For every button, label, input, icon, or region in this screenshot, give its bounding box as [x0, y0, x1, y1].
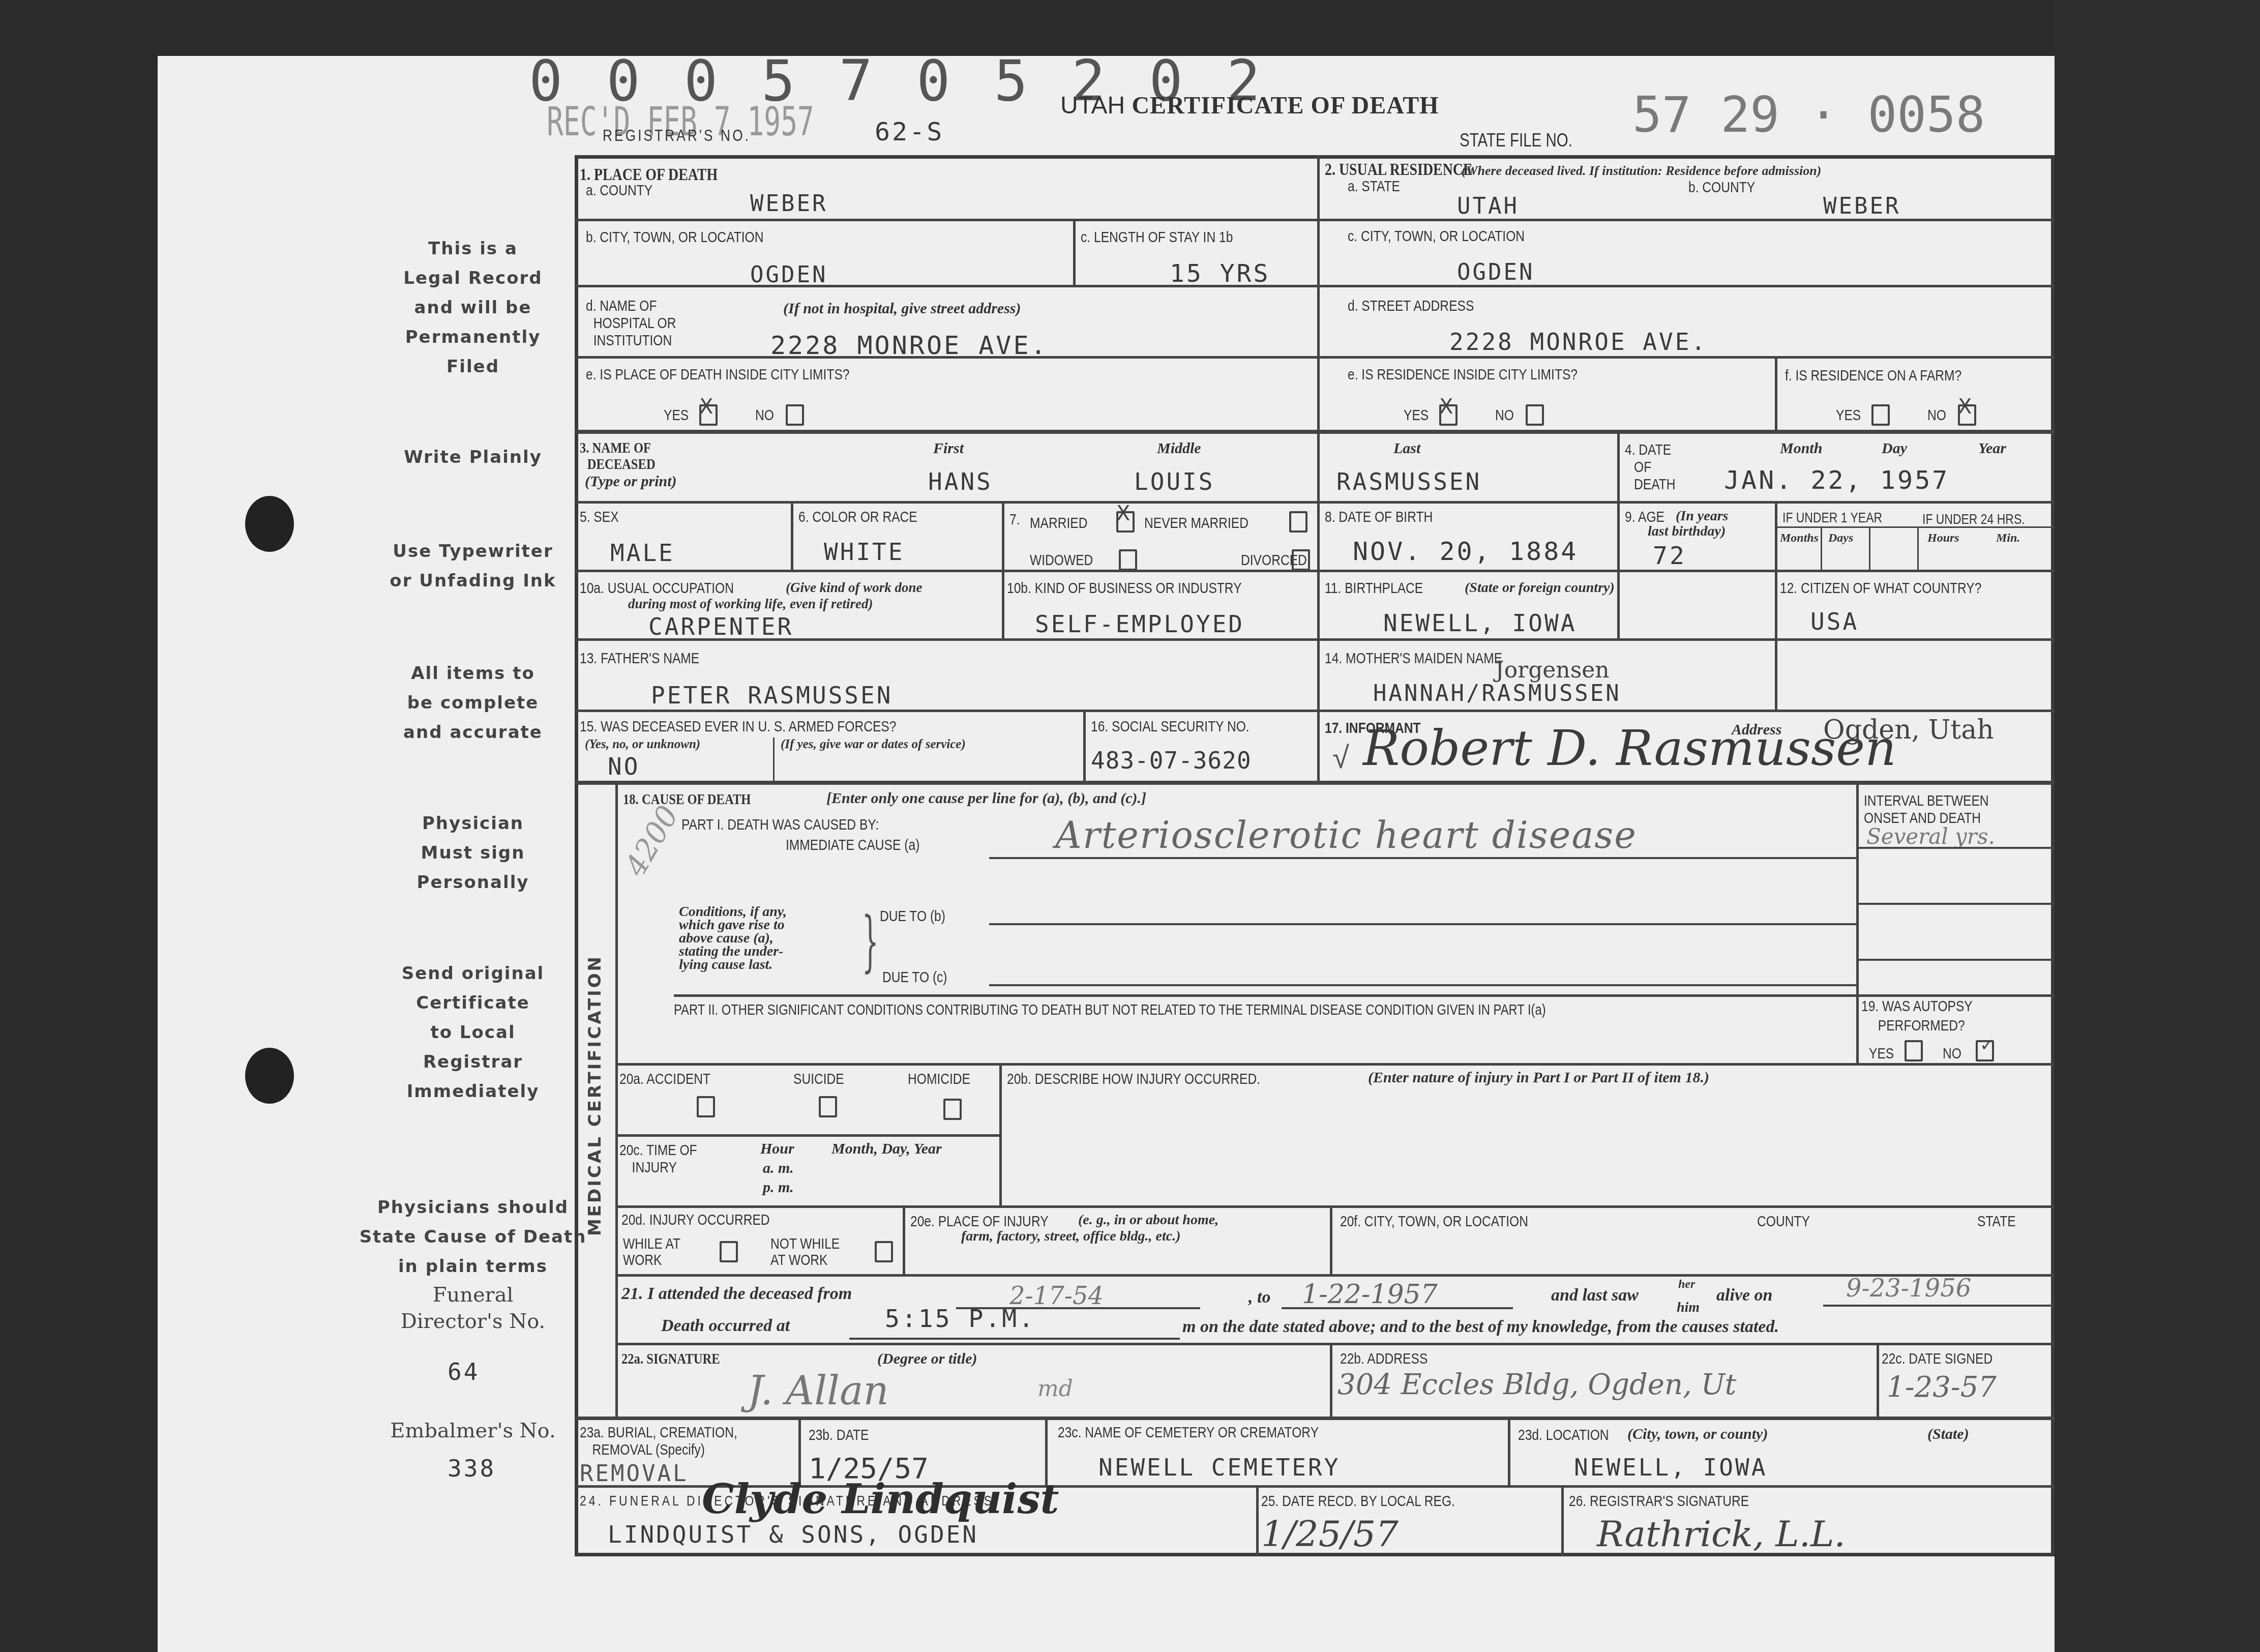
- institution-value[interactable]: 2228 MONROE AVE.: [770, 331, 1048, 360]
- race-label: 6. COLOR OR RACE: [798, 509, 917, 526]
- res-inside-city-no-checkbox[interactable]: [1526, 404, 1544, 426]
- cause-of-death-label: 18. CAUSE OF DEATH: [623, 791, 751, 808]
- farm-label: f. IS RESIDENCE ON A FARM?: [1785, 367, 1961, 385]
- institution-hint: (If not in hospital, give street address…: [783, 300, 1021, 317]
- him-label: him: [1677, 1300, 1700, 1316]
- cemetery-label: 23c. NAME OF CEMETERY OR CREMATORY: [1058, 1424, 1319, 1441]
- pod-inside-city-no-checkbox[interactable]: [786, 404, 804, 426]
- autopsy-yes-label: YES: [1869, 1045, 1894, 1063]
- under-1-year-label: IF UNDER 1 YEAR: [1782, 510, 1882, 526]
- occupation-hint-2: during most of working life, even if ret…: [628, 596, 873, 612]
- note-legal-record: This is aLegal Recordand will bePermanen…: [356, 234, 590, 381]
- pod-city-value[interactable]: OGDEN: [750, 262, 827, 288]
- death-time-suffix: m on the date stated above; and to the b…: [1182, 1317, 1779, 1337]
- note-write-plainly: Write Plainly: [356, 442, 590, 472]
- note-complete: All items tobe completeand accurate: [356, 659, 590, 747]
- location-state-hint: (State): [1927, 1426, 1969, 1443]
- note-physician-sign: PhysicianMust signPersonally: [356, 809, 590, 897]
- age-hint: (In yearslast birthday): [1676, 509, 1728, 539]
- res-inside-city-label: e. IS RESIDENCE INSIDE CITY LIMITS?: [1348, 366, 1578, 383]
- registrar-no: 62-S: [875, 117, 944, 146]
- business-value[interactable]: SELF-EMPLOYED: [1035, 610, 1244, 638]
- cemetery-value[interactable]: NEWELL CEMETERY: [1098, 1454, 1340, 1481]
- pod-city-label: b. CITY, TOWN, OR LOCATION: [586, 229, 763, 246]
- days-label: Days: [1828, 532, 1853, 545]
- last-label: Last: [1393, 440, 1420, 457]
- injury-county-label: COUNTY: [1757, 1213, 1810, 1230]
- describe-injury-hint: (Enter nature of injury in Part I or Par…: [1368, 1069, 1709, 1086]
- informant-address-value[interactable]: Ogden, Utah: [1823, 715, 1994, 745]
- armed-forces-value[interactable]: NO: [608, 753, 640, 780]
- registrar-signature-label: 26. REGISTRAR'S SIGNATURE: [1569, 1493, 1749, 1510]
- funeral-director-no-label: FuneralDirector's No.: [356, 1282, 590, 1335]
- occupation-label: 10a. USUAL OCCUPATION: [580, 580, 734, 597]
- informant-signature[interactable]: Robert D. Rasmussen: [1363, 720, 1896, 777]
- part1-label: PART I. DEATH WAS CAUSED BY:: [681, 816, 879, 834]
- signature-label: 22a. SIGNATURE: [621, 1350, 720, 1368]
- autopsy-no-label: NO: [1943, 1045, 1961, 1063]
- accident-checkbox[interactable]: [697, 1096, 715, 1117]
- pod-inside-city-label: e. IS PLACE OF DEATH INSIDE CITY LIMITS?: [586, 366, 850, 383]
- sex-label: 5. SEX: [580, 509, 619, 526]
- mother-correction: Jorgensen: [1495, 657, 1610, 683]
- date-of-death-value[interactable]: JAN. 22, 1957: [1724, 465, 1949, 495]
- informant-address-label: Address: [1732, 721, 1781, 739]
- place-of-injury-hint-1: (e. g., in or about home,: [1078, 1212, 1218, 1228]
- funeral-director-no: 64: [448, 1358, 480, 1385]
- describe-injury-label: 20b. DESCRIBE HOW INJURY OCCURRED.: [1007, 1071, 1260, 1088]
- date-recd-label: 25. DATE RECD. BY LOCAL REG.: [1261, 1493, 1455, 1510]
- embalmer-no: 338: [448, 1455, 496, 1482]
- interval-value[interactable]: Several yrs.: [1866, 824, 1995, 849]
- first-name-value[interactable]: HANS: [928, 468, 993, 495]
- to-label: , to: [1248, 1288, 1270, 1307]
- res-county-value[interactable]: WEBER: [1823, 193, 1900, 219]
- last-saw-value[interactable]: 9-23-1956: [1846, 1274, 1971, 1303]
- last-name-value[interactable]: RASMUSSEN: [1336, 468, 1481, 495]
- pod-yes-label: YES: [664, 407, 689, 424]
- note-cause-plain: Physicians shouldState Cause of Deathin …: [346, 1193, 600, 1281]
- registrar-signature[interactable]: Rathrick, L.L.: [1597, 1513, 1846, 1555]
- place-of-injury-hint-2: farm, factory, street, office bldg., etc…: [961, 1228, 1181, 1245]
- min-label: Min.: [1996, 532, 2020, 545]
- res-street-value[interactable]: 2228 MONROE AVE.: [1449, 328, 1707, 356]
- registrar-no-label: REGISTRAR'S NO.: [603, 126, 751, 145]
- mdy-label: Month, Day, Year: [831, 1140, 942, 1158]
- place-of-injury-label: 20e. PLACE OF INJURY: [910, 1213, 1049, 1230]
- father-value[interactable]: PETER RASMUSSEN: [651, 682, 893, 709]
- state-file-no: 57 29 · 0058: [1632, 86, 1985, 143]
- stay-length-label: c. LENGTH OF STAY IN 1b: [1081, 229, 1233, 246]
- date-of-death-label: 4. DATEOFDEATH: [1625, 441, 1676, 493]
- pod-county-value[interactable]: WEBER: [750, 191, 827, 217]
- date-signed-value[interactable]: 1-23-57: [1887, 1371, 1997, 1404]
- farm-yes-label: YES: [1836, 407, 1861, 424]
- armed-forces-hint-2: (If yes, give war or dates of service): [781, 737, 966, 752]
- immediate-cause-label: IMMEDIATE CAUSE (a): [786, 837, 919, 854]
- autopsy-label: 19. WAS AUTOPSYPERFORMED?: [1861, 997, 1973, 1036]
- pod-inside-city-yes-checkbox[interactable]: X: [699, 404, 718, 426]
- usual-residence-heading: 2. USUAL RESIDENCE (Where deceased lived…: [1325, 160, 1821, 180]
- married-label: MARRIED: [1030, 515, 1087, 532]
- physician-address-value[interactable]: 304 Eccles Bldg, Ogden, Ut: [1337, 1368, 1736, 1401]
- funeral-director-value[interactable]: LINDQUIST & SONS, OGDEN: [608, 1521, 978, 1548]
- her-label: her: [1678, 1278, 1695, 1291]
- time-of-injury-label: 20c. TIME OFINJURY: [619, 1142, 697, 1176]
- res-county-label: b. COUNTY: [1688, 179, 1755, 196]
- dob-label: 8. DATE OF BIRTH: [1325, 509, 1433, 526]
- date-recd-value[interactable]: 1/25/57: [1261, 1513, 1399, 1555]
- first-label: First: [933, 440, 964, 457]
- citizen-value[interactable]: USA: [1810, 608, 1859, 635]
- death-time-value[interactable]: 5:15 P.M.: [885, 1305, 1035, 1333]
- homicide-label: HOMICIDE: [908, 1071, 970, 1088]
- scan-background-right: [2055, 0, 2260, 1652]
- autopsy-no-checkbox[interactable]: ✓: [1976, 1040, 1994, 1061]
- suicide-label: SUICIDE: [793, 1071, 844, 1088]
- res-yes-label: YES: [1404, 407, 1429, 424]
- divorced-checkbox[interactable]: [1292, 549, 1310, 571]
- armed-forces-label: 15. WAS DECEASED EVER IN U. S. ARMED FOR…: [580, 718, 896, 735]
- physician-address-label: 22b. ADDRESS: [1340, 1350, 1428, 1368]
- note-send-original: Send originalCertificateto LocalRegistra…: [356, 959, 590, 1106]
- degree-label: (Degree or title): [877, 1350, 977, 1368]
- punch-hole: [245, 1048, 294, 1104]
- conditions-hint: Conditions, if any,which gave rise toabo…: [679, 905, 787, 971]
- mother-label: 14. MOTHER'S MAIDEN NAME: [1325, 650, 1502, 667]
- res-state-label: a. STATE: [1348, 178, 1400, 195]
- disposition-date-label: 23b. DATE: [809, 1427, 869, 1444]
- res-city-label: c. CITY, TOWN, OR LOCATION: [1348, 228, 1525, 245]
- homicide-checkbox[interactable]: [943, 1099, 962, 1120]
- alive-on-label: alive on: [1716, 1286, 1772, 1305]
- injury-occurred-label: 20d. INJURY OCCURRED: [621, 1212, 770, 1229]
- physician-degree[interactable]: md: [1037, 1376, 1073, 1402]
- pod-county-label: a. COUNTY: [586, 182, 652, 199]
- part2-label: PART II. OTHER SIGNIFICANT CONDITIONS CO…: [674, 1002, 1546, 1019]
- injury-city-label: 20f. CITY, TOWN, OR LOCATION: [1340, 1213, 1528, 1230]
- widowed-label: WIDOWED: [1030, 552, 1093, 569]
- armed-forces-hint-1: (Yes, no, or unknown): [585, 737, 700, 752]
- page-title: UTAH CERTIFICATE OF DEATH: [1060, 92, 1439, 120]
- business-label: 10b. KIND OF BUSINESS OR INDUSTRY: [1007, 580, 1242, 597]
- injury-state-label: STATE: [1977, 1213, 2016, 1230]
- note-typewriter: Use Typewriteror Unfading Ink: [356, 537, 590, 596]
- hours-label: Hours: [1927, 532, 1959, 545]
- deceased-name-label: 3. NAME OFDECEASED: [580, 440, 656, 473]
- stay-length-value[interactable]: 15 YRS: [1170, 259, 1270, 288]
- birthplace-label: 11. BIRTHPLACE: [1325, 580, 1423, 597]
- cause-of-death-hint: [Enter only one cause per line for (a), …: [826, 790, 1146, 807]
- accident-label: 20a. ACCIDENT: [619, 1071, 710, 1088]
- ssn-value[interactable]: 483-07-3620: [1091, 747, 1252, 774]
- embalmer-no-label: Embalmer's No.: [356, 1419, 590, 1442]
- pm-label: p. m.: [763, 1179, 794, 1196]
- attended-to-value[interactable]: 1-22-1957: [1302, 1279, 1438, 1310]
- location-value[interactable]: NEWELL, IOWA: [1574, 1454, 1767, 1481]
- dob-value[interactable]: NOV. 20, 1884: [1353, 537, 1578, 566]
- state-file-label: STATE FILE NO.: [1460, 130, 1572, 151]
- medical-certification-label: MEDICAL CERTIFICATION: [585, 955, 605, 1236]
- not-while-at-work-label: NOT WHILEAT WORK: [770, 1236, 840, 1268]
- farm-no-checkbox[interactable]: X: [1958, 404, 1976, 426]
- marital-label: 7.: [1009, 511, 1020, 528]
- location-label: 23d. LOCATION: [1518, 1427, 1609, 1444]
- age-value[interactable]: 72: [1653, 542, 1686, 570]
- due-to-b-label: DUE TO (b): [880, 908, 945, 925]
- race-value[interactable]: WHITE: [824, 538, 904, 566]
- father-label: 13. FATHER'S NAME: [580, 650, 699, 667]
- title-text: CERTIFICATE OF DEATH: [1132, 92, 1439, 119]
- res-no-label: NO: [1495, 407, 1514, 424]
- burial-label: 23a. BURIAL, CREMATION,REMOVAL (Specify): [580, 1424, 737, 1459]
- farm-no-label: NO: [1927, 407, 1946, 424]
- am-label: a. m.: [763, 1160, 794, 1177]
- suicide-checkbox[interactable]: [819, 1096, 837, 1117]
- farm-yes-checkbox[interactable]: [1871, 404, 1890, 426]
- middle-name-value[interactable]: LOUIS: [1134, 468, 1214, 495]
- year-label: Year: [1978, 440, 2006, 457]
- death-at-label: Death occurred at: [661, 1316, 790, 1336]
- res-inside-city-yes-checkbox[interactable]: X: [1439, 404, 1458, 426]
- while-at-work-label: WHILE ATWORK: [623, 1236, 680, 1268]
- never-married-label: NEVER MARRIED: [1144, 515, 1248, 532]
- while-at-work-checkbox[interactable]: [720, 1241, 738, 1262]
- autopsy-yes-checkbox[interactable]: [1905, 1040, 1923, 1061]
- ssn-label: 16. SOCIAL SECURITY NO.: [1091, 718, 1250, 735]
- married-checkbox[interactable]: X: [1116, 511, 1135, 533]
- conditions-bracket: }: [862, 908, 879, 974]
- immediate-cause-value[interactable]: Arteriosclerotic heart disease: [1055, 814, 1637, 857]
- burial-value[interactable]: REMOVAL: [580, 1461, 688, 1487]
- occupation-value[interactable]: CARPENTER: [648, 613, 793, 640]
- attended-label: 21. I attended the deceased from: [621, 1284, 852, 1304]
- pod-no-label: NO: [755, 407, 774, 424]
- under-24-hrs-label: IF UNDER 24 HRS.: [1922, 511, 2025, 527]
- res-street-label: d. STREET ADDRESS: [1348, 298, 1474, 315]
- month-label: Month: [1780, 440, 1822, 457]
- interval-label: INTERVAL BETWEENONSET AND DEATH: [1864, 792, 1989, 827]
- never-married-checkbox[interactable]: [1289, 511, 1307, 533]
- punch-hole: [245, 496, 294, 552]
- sex-value[interactable]: MALE: [610, 539, 675, 567]
- date-signed-label: 22c. DATE SIGNED: [1882, 1350, 1993, 1368]
- widowed-checkbox[interactable]: [1119, 549, 1137, 571]
- birthplace-value[interactable]: NEWELL, IOWA: [1383, 609, 1577, 637]
- last-saw-label: and last saw: [1551, 1286, 1639, 1305]
- deceased-name-hint: (Type or print): [585, 473, 677, 490]
- informant-check: √: [1332, 740, 1349, 775]
- day-label: Day: [1882, 440, 1907, 457]
- not-while-at-work-checkbox[interactable]: [875, 1241, 893, 1262]
- location-hint: (City, town, or county): [1627, 1426, 1768, 1443]
- mother-value[interactable]: HANNAH/RASMUSSEN: [1373, 681, 1621, 706]
- physician-signature[interactable]: J. Allan: [748, 1368, 889, 1414]
- res-state-value[interactable]: UTAH: [1457, 193, 1519, 219]
- title-prefix: UTAH: [1060, 92, 1125, 119]
- occupation-hint-1: (Give kind of work done: [786, 580, 922, 596]
- middle-label: Middle: [1157, 440, 1201, 457]
- months-label: Months: [1780, 532, 1819, 545]
- institution-label: d. NAME OFHOSPITAL ORINSTITUTION: [586, 298, 676, 349]
- birthplace-hint: (State or foreign country): [1465, 580, 1615, 596]
- due-to-c-label: DUE TO (c): [882, 969, 947, 986]
- hour-label: Hour: [760, 1140, 794, 1158]
- citizen-label: 12. CITIZEN OF WHAT COUNTRY?: [1780, 580, 1981, 597]
- res-city-value[interactable]: OGDEN: [1457, 259, 1534, 285]
- funeral-director-signature[interactable]: Clyde Lindquist: [702, 1475, 1059, 1523]
